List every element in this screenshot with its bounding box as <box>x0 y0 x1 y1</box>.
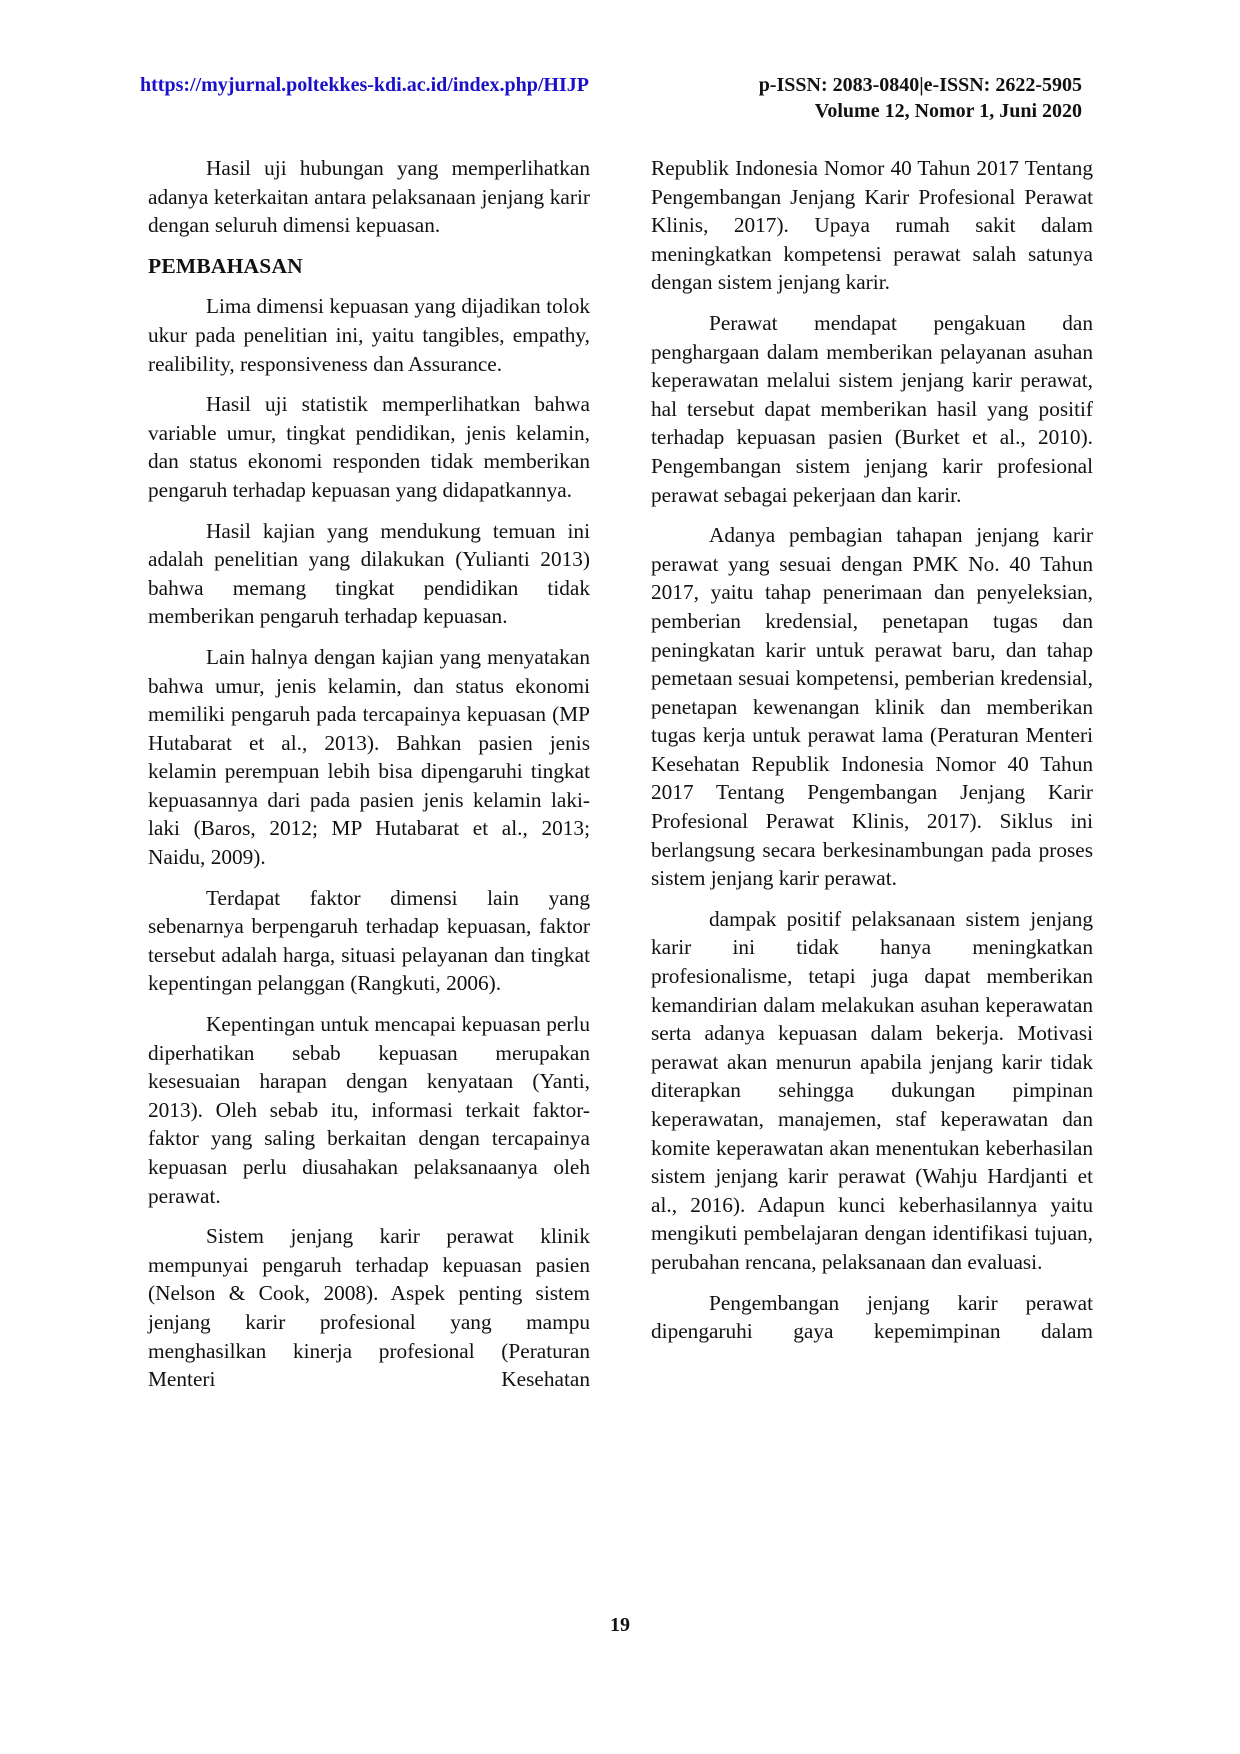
right-column: Republik Indonesia Nomor 40 Tahun 2017 T… <box>651 154 1093 1358</box>
paragraph: Hasil uji hubungan yang memperlihatkan a… <box>148 154 590 240</box>
paragraph: Terdapat faktor dimensi lain yang sebena… <box>148 884 590 998</box>
journal-url-link[interactable]: https://myjurnal.poltekkes-kdi.ac.id/ind… <box>140 72 589 98</box>
paragraph: Adanya pembagian tahapan jenjang karir p… <box>651 521 1093 893</box>
paragraph: Lain halnya dengan kajian yang menyataka… <box>148 643 590 872</box>
page-number: 19 <box>0 1614 1240 1637</box>
paragraph: Perawat mendapat pengakuan dan pengharga… <box>651 309 1093 509</box>
left-column: Hasil uji hubungan yang memperlihatkan a… <box>148 154 590 1406</box>
paragraph: Hasil kajian yang mendukung temuan ini a… <box>148 517 590 631</box>
section-heading: PEMBAHASAN <box>148 252 590 281</box>
page-header: https://myjurnal.poltekkes-kdi.ac.id/ind… <box>140 72 1082 124</box>
paragraph: Hasil uji statistik memperlihatkan bahwa… <box>148 390 590 504</box>
paragraph: dampak positif pelaksanaan sistem jenjan… <box>651 905 1093 1277</box>
paragraph-continued: Republik Indonesia Nomor 40 Tahun 2017 T… <box>651 154 1093 297</box>
paragraph: Kepentingan untuk mencapai kepuasan perl… <box>148 1010 590 1210</box>
volume-issue-text: Volume 12, Nomor 1, Juni 2020 <box>140 98 1082 124</box>
paragraph: Lima dimensi kepuasan yang dijadikan tol… <box>148 292 590 378</box>
paragraph: Sistem jenjang karir perawat klinik memp… <box>148 1222 590 1394</box>
issn-text: p-ISSN: 2083-0840|e-ISSN: 2622-5905 <box>759 72 1082 98</box>
paragraph: Pengembangan jenjang karir perawat dipen… <box>651 1289 1093 1346</box>
header-row: https://myjurnal.poltekkes-kdi.ac.id/ind… <box>140 72 1082 98</box>
